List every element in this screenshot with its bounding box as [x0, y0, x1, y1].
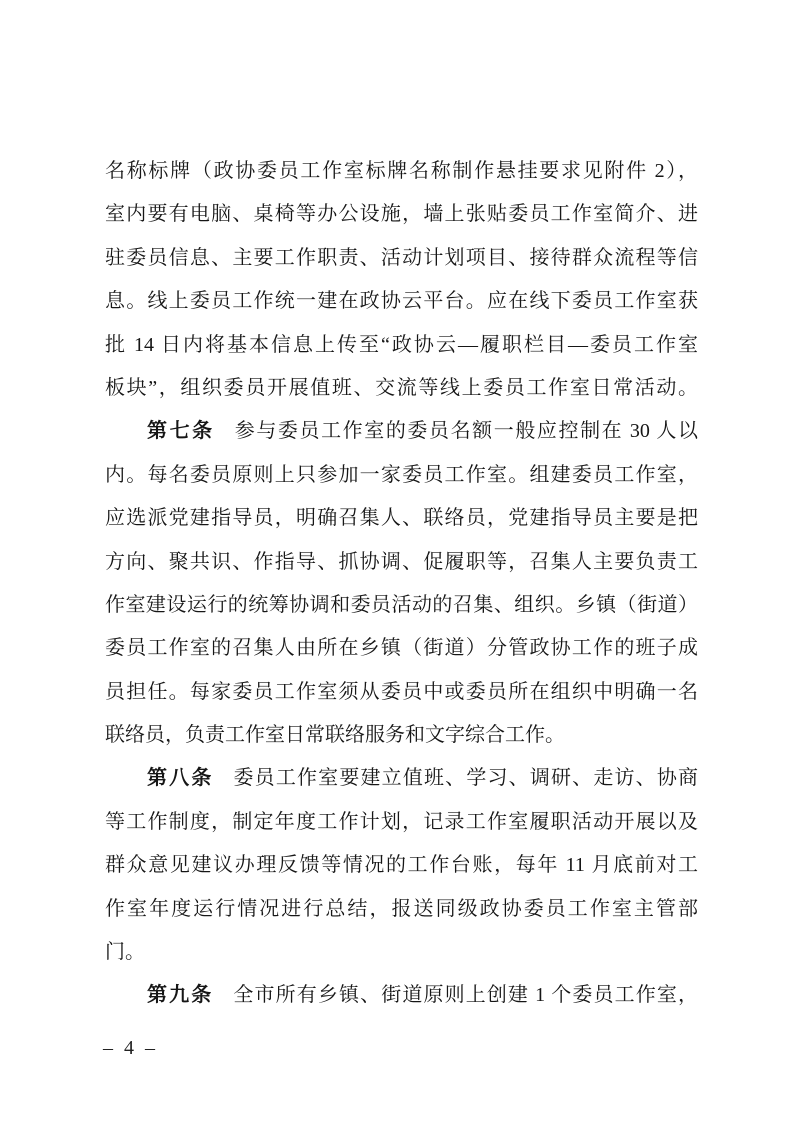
document-line: 内。每名委员原则上只参加一家委员工作室。组建委员工作室，: [105, 454, 698, 497]
document-page: 名称标牌（政协委员工作室标牌名称制作悬挂要求见附件 2）， 室内要有电脑、桌椅等…: [0, 0, 793, 1122]
document-line: 员担任。每家委员工作室须从委员中或委员所在组织中明确一名: [105, 671, 698, 714]
document-line: 群众意见建议办理反馈等情况的工作台账，每年 11 月底前对工: [105, 844, 698, 887]
document-line: 名称标牌（政协委员工作室标牌名称制作悬挂要求见附件 2），: [105, 150, 698, 193]
document-line: 批 14 日内将基本信息上传至“政协云—履职栏目—委员工作室: [105, 324, 698, 367]
document-line: 驻委员信息、主要工作职责、活动计划项目、接待群众流程等信: [105, 237, 698, 280]
article-9-text: 全市所有乡镇、街道原则上创建 1 个委员工作室，: [233, 984, 698, 1006]
page-number: – 4 –: [103, 1036, 158, 1060]
document-line: 委员工作室的召集人由所在乡镇（街道）分管政协工作的班子成: [105, 627, 698, 670]
document-line: 息。线上委员工作统一建在政协云平台。应在线下委员工作室获: [105, 280, 698, 323]
article-9-label: 第九条: [147, 984, 213, 1006]
document-line: 室内要有电脑、桌椅等办公设施，墙上张贴委员工作室简介、进: [105, 193, 698, 236]
article-8-text: 委员工作室要建立值班、学习、调研、走访、协商: [234, 767, 699, 789]
document-line-article-7: 第七条参与委员工作室的委员名额一般应控制在 30 人以: [105, 410, 698, 453]
document-line: 应选派党建指导员，明确召集人、联络员，党建指导员主要是把: [105, 497, 698, 540]
document-line: 作室建设运行的统筹协调和委员活动的召集、组织。乡镇（街道）: [105, 584, 698, 627]
document-line-article-8: 第八条委员工作室要建立值班、学习、调研、走访、协商: [105, 757, 698, 800]
document-line: 等工作制度，制定年度工作计划，记录工作室履职活动开展以及: [105, 801, 698, 844]
document-line: 方向、聚共识、作指导、抓协调、促履职等，召集人主要负责工: [105, 541, 698, 584]
article-7-text: 参与委员工作室的委员名额一般应控制在 30 人以: [235, 420, 698, 442]
document-line: 门。: [105, 931, 698, 974]
document-line-article-9: 第九条全市所有乡镇、街道原则上创建 1 个委员工作室，: [105, 974, 698, 1017]
article-7-label: 第七条: [147, 420, 215, 442]
article-8-label: 第八条: [147, 767, 214, 789]
document-line: 联络员，负责工作室日常联络服务和文字综合工作。: [105, 714, 698, 757]
document-body: 名称标牌（政协委员工作室标牌名称制作悬挂要求见附件 2）， 室内要有电脑、桌椅等…: [105, 150, 698, 1018]
document-line: 作室年度运行情况进行总结，报送同级政协委员工作室主管部: [105, 888, 698, 931]
document-line: 板块”，组织委员开展值班、交流等线上委员工作室日常活动。: [105, 367, 698, 410]
